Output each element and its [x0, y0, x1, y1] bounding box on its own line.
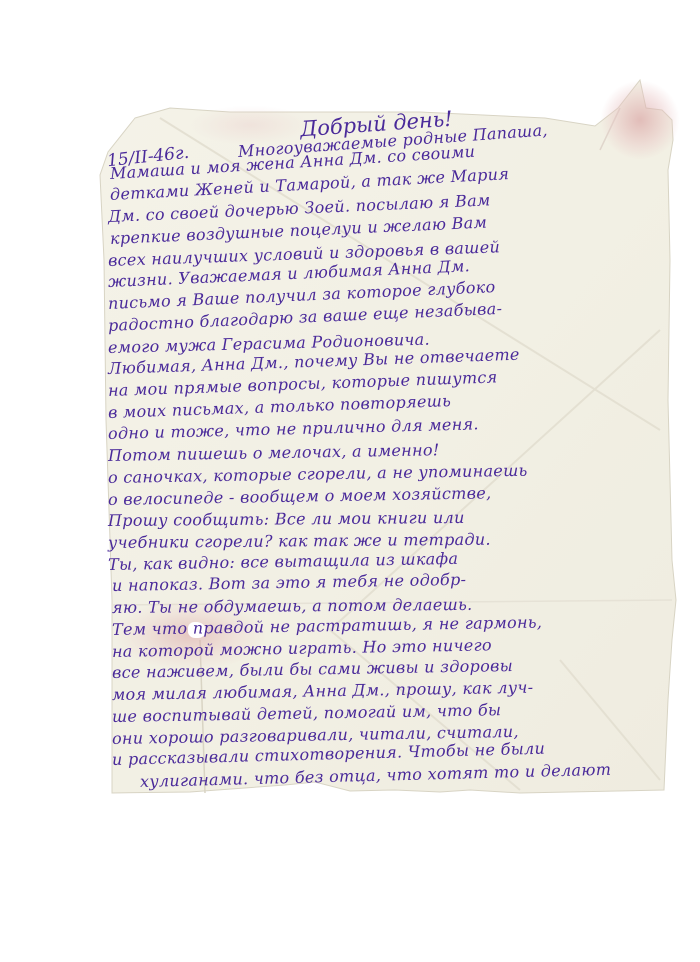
- letter-text: Добрый день! 15/II-46г. Многоуважаемые р…: [0, 0, 700, 962]
- letter-line: о велосипеде - вообщем о моем хозяйстве,: [108, 483, 492, 509]
- letter-line: ше воспитывай детей, помогай им, что бы: [112, 700, 502, 726]
- letter-line: Прошу сообщить: Все ли мои книги или: [108, 508, 465, 530]
- letter-line: Потом пишешь о мелочах, а именно!: [108, 440, 440, 465]
- letter-line: и напоказ. Вот за это я тебя не одобр-: [112, 570, 467, 595]
- scanned-page: Добрый день! 15/II-46г. Многоуважаемые р…: [0, 0, 700, 962]
